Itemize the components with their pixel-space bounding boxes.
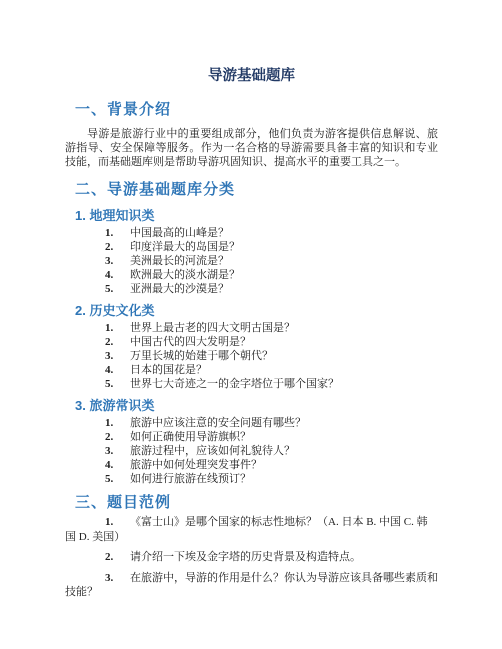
- document-page: 导游基础题库 一、背景介绍 导游是旅游行业中的重要组成部分，他们负责为游客提供信…: [0, 0, 502, 649]
- section-examples: 三、题目范例 1.《富士山》是哪个国家的标志性地标？（A. 日本 B. 中国 C…: [65, 493, 438, 600]
- item-number: 3.: [105, 571, 130, 586]
- list-item: 5.如何进行旅游在线预订？: [65, 472, 438, 486]
- item-number: 2.: [105, 335, 130, 349]
- item-number: 5.: [105, 377, 130, 391]
- item-number: 5.: [105, 472, 130, 486]
- list-item: 2.请介绍一下埃及金字塔的历史背景及构造特点。: [65, 550, 438, 565]
- item-text: 世界上最古老的四大文明古国是？: [130, 322, 295, 334]
- item-text: 旅游中如何处理突发事件？: [130, 459, 262, 471]
- item-text: 世界七大奇迹之一的金字塔位于哪个国家？: [130, 378, 339, 390]
- examples-heading: 三、题目范例: [75, 493, 438, 513]
- item-text: 中国最高的山峰是？: [130, 227, 229, 239]
- list-item: 5.亚洲最大的沙漠是？: [65, 282, 438, 296]
- group-heading-geography: 1. 地理知识类: [75, 208, 438, 223]
- background-paragraph: 导游是旅游行业中的重要组成部分，他们负责为游客提供信息解说、旅游指导、安全保障等…: [65, 128, 438, 169]
- list-item: 2.如何正确使用导游旗帜？: [65, 430, 438, 444]
- item-number: 1.: [105, 416, 130, 430]
- list-item: 1.旅游中应该注意的安全问题有哪些？: [65, 416, 438, 430]
- item-number: 4.: [105, 268, 130, 282]
- item-number: 1.: [105, 515, 130, 530]
- list-item: 2.中国古代的四大发明是？: [65, 335, 438, 349]
- category-group-geography: 1. 地理知识类 1.中国最高的山峰是？ 2.印度洋最大的岛国是？ 3.美洲最长…: [65, 208, 438, 296]
- item-number: 2.: [105, 430, 130, 444]
- item-number: 5.: [105, 282, 130, 296]
- list-item: 3.在旅游中，导游的作用是什么？你认为导游应该具备哪些素质和技能？: [65, 571, 438, 600]
- list-item: 3.万里长城的始建于哪个朝代？: [65, 349, 438, 363]
- item-text: 亚洲最大的沙漠是？: [130, 283, 229, 295]
- item-text: 请介绍一下埃及金字塔的历史背景及构造特点。: [130, 551, 361, 563]
- item-text: 万里长城的始建于哪个朝代？: [130, 350, 273, 362]
- item-number: 2.: [105, 550, 130, 565]
- item-number: 4.: [105, 363, 130, 377]
- list-item: 5.世界七大奇迹之一的金字塔位于哪个国家？: [65, 377, 438, 391]
- list-item: 1.世界上最古老的四大文明古国是？: [65, 321, 438, 335]
- item-number: 1.: [105, 321, 130, 335]
- item-text: 印度洋最大的岛国是？: [130, 241, 240, 253]
- list-item: 3.美洲最长的河流是？: [65, 254, 438, 268]
- background-heading: 一、背景介绍: [75, 100, 438, 120]
- item-text: 旅游过程中，应该如何礼貌待人？: [130, 445, 295, 457]
- group-heading-history: 2. 历史文化类: [75, 303, 438, 318]
- document-title: 导游基础题库: [65, 66, 438, 86]
- list-item: 4.欧洲最大的淡水湖是？: [65, 268, 438, 282]
- item-text: 美洲最长的河流是？: [130, 255, 229, 267]
- item-number: 3.: [105, 444, 130, 458]
- list-item: 1.《富士山》是哪个国家的标志性地标？（A. 日本 B. 中国 C. 韩国 D.…: [65, 515, 438, 544]
- group-heading-travel: 3. 旅游常识类: [75, 398, 438, 413]
- list-item: 3.旅游过程中，应该如何礼貌待人？: [65, 444, 438, 458]
- item-number: 3.: [105, 254, 130, 268]
- section-background: 一、背景介绍 导游是旅游行业中的重要组成部分，他们负责为游客提供信息解说、旅游指…: [65, 100, 438, 169]
- item-text: 如何正确使用导游旗帜？: [130, 431, 251, 443]
- list-item: 1.中国最高的山峰是？: [65, 226, 438, 240]
- item-text: 如何进行旅游在线预订？: [130, 473, 251, 485]
- item-text: 欧洲最大的淡水湖是？: [130, 269, 240, 281]
- categories-heading: 二、导游基础题库分类: [75, 180, 438, 200]
- item-text: 旅游中应该注意的安全问题有哪些？: [130, 417, 306, 429]
- item-number: 2.: [105, 240, 130, 254]
- category-group-travel: 3. 旅游常识类 1.旅游中应该注意的安全问题有哪些？ 2.如何正确使用导游旗帜…: [65, 398, 438, 486]
- list-item: 4.日本的国花是？: [65, 363, 438, 377]
- item-number: 4.: [105, 458, 130, 472]
- category-group-history: 2. 历史文化类 1.世界上最古老的四大文明古国是？ 2.中国古代的四大发明是？…: [65, 303, 438, 391]
- item-text: 中国古代的四大发明是？: [130, 336, 251, 348]
- list-item: 2.印度洋最大的岛国是？: [65, 240, 438, 254]
- item-text: 日本的国花是？: [130, 364, 207, 376]
- item-number: 1.: [105, 226, 130, 240]
- list-item: 4.旅游中如何处理突发事件？: [65, 458, 438, 472]
- section-categories: 二、导游基础题库分类 1. 地理知识类 1.中国最高的山峰是？ 2.印度洋最大的…: [65, 180, 438, 486]
- item-number: 3.: [105, 349, 130, 363]
